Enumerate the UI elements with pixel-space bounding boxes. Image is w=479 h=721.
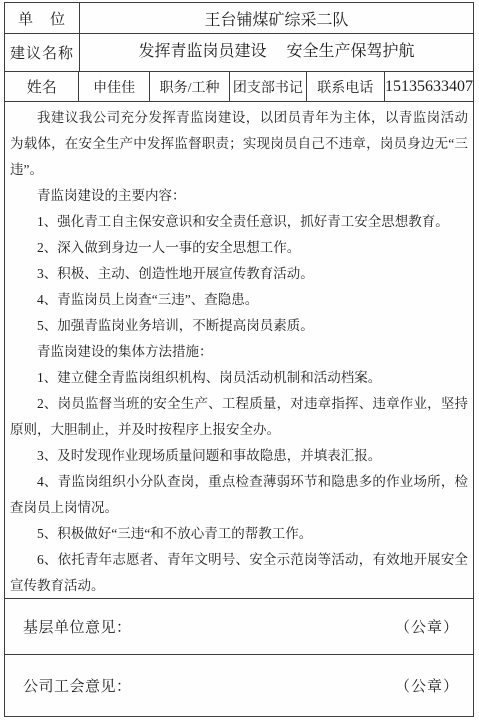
body-paragraph: 我建议我公司充分发挥青监岗建设，以团员青年为主体，以青监岗活动为载体，在安全生产…: [10, 105, 468, 183]
proposal-name-value: 发挥青监岗员建设 安全生产保驾护航: [80, 34, 473, 71]
body-paragraph: 1、建立健全青监岗组织机构、岗员活动机制和活动档案。: [10, 365, 468, 391]
company-union-seal-placeholder: （公章）: [395, 675, 459, 696]
proposal-form-table: 单 位 王台铺煤矿综采二队 建议名称 发挥青监岗员建设 安全生产保驾护航 姓名 …: [4, 2, 474, 717]
name-value: 申佳佳: [79, 72, 149, 101]
company-union-opinion-label: 公司工会意见：: [23, 675, 132, 696]
company-union-opinion-row: 公司工会意见： （公章）: [5, 655, 473, 716]
body-paragraph: 5、加强青监岗业务培训，不断提高岗员素质。: [10, 313, 468, 339]
body-paragraph: 4、青监岗组织小分队查岗，重点检查薄弱环节和隐患多的作业场所，检查岗员上岗情况。: [10, 469, 468, 521]
body-paragraph: 3、积极、主动、创造性地开展宣传教育活动。: [10, 261, 468, 287]
base-unit-seal-placeholder: （公章）: [395, 616, 459, 637]
body-paragraph: 4、青监岗员上岗查“三违”、查隐患。: [10, 287, 468, 313]
name-label: 姓名: [5, 72, 79, 101]
unit-row: 单 位 王台铺煤矿综采二队: [5, 3, 473, 34]
base-unit-opinion-row: 基层单位意见： （公章）: [5, 599, 473, 655]
body-paragraph: 5、积极做好“三违“和不放心青工的帮教工作。: [10, 521, 468, 547]
proposal-name-label: 建议名称: [5, 34, 80, 71]
job-title-label: 职务/工种: [150, 72, 230, 101]
body-paragraph: 3、及时发现作业现场质量问题和事故隐患，并填表汇报。: [10, 443, 468, 469]
body-paragraph: 6、依托青年志愿者、青年文明号、安全示范岗等活动，有效地开展安全宣传教育活动。: [10, 547, 468, 598]
body-paragraph: 青监岗建设的集体方法措施：: [10, 339, 468, 365]
unit-value: 王台铺煤矿综采二队: [80, 3, 473, 33]
proposal-body: 我建议我公司充分发挥青监岗建设，以团员青年为主体，以青监岗活动为载体，在安全生产…: [5, 102, 473, 598]
proposal-body-row: 我建议我公司充分发挥青监岗建设，以团员青年为主体，以青监岗活动为载体，在安全生产…: [5, 102, 473, 599]
phone-value: 15135633407: [385, 72, 473, 101]
body-paragraph: 2、岗员监督当班的安全生产、工程质量，对违章指挥、违章作业，坚持原则，大胆制止，…: [10, 391, 468, 443]
unit-label: 单 位: [5, 3, 80, 33]
body-paragraph: 青监岗建设的主要内容：: [10, 183, 468, 209]
base-unit-opinion-label: 基层单位意见：: [23, 616, 132, 637]
job-title-value: 团支部书记: [230, 72, 306, 101]
proposal-name-row: 建议名称 发挥青监岗员建设 安全生产保驾护航: [5, 34, 473, 72]
person-info-row: 姓名 申佳佳 职务/工种 团支部书记 联系电话 15135633407: [5, 72, 473, 102]
body-paragraph: 2、深入做到身边一人一事的安全思想工作。: [10, 235, 468, 261]
phone-label: 联系电话: [307, 72, 385, 101]
body-paragraph: 1、强化青工自主保安意识和安全责任意识，抓好青工安全思想教育。: [10, 209, 468, 235]
